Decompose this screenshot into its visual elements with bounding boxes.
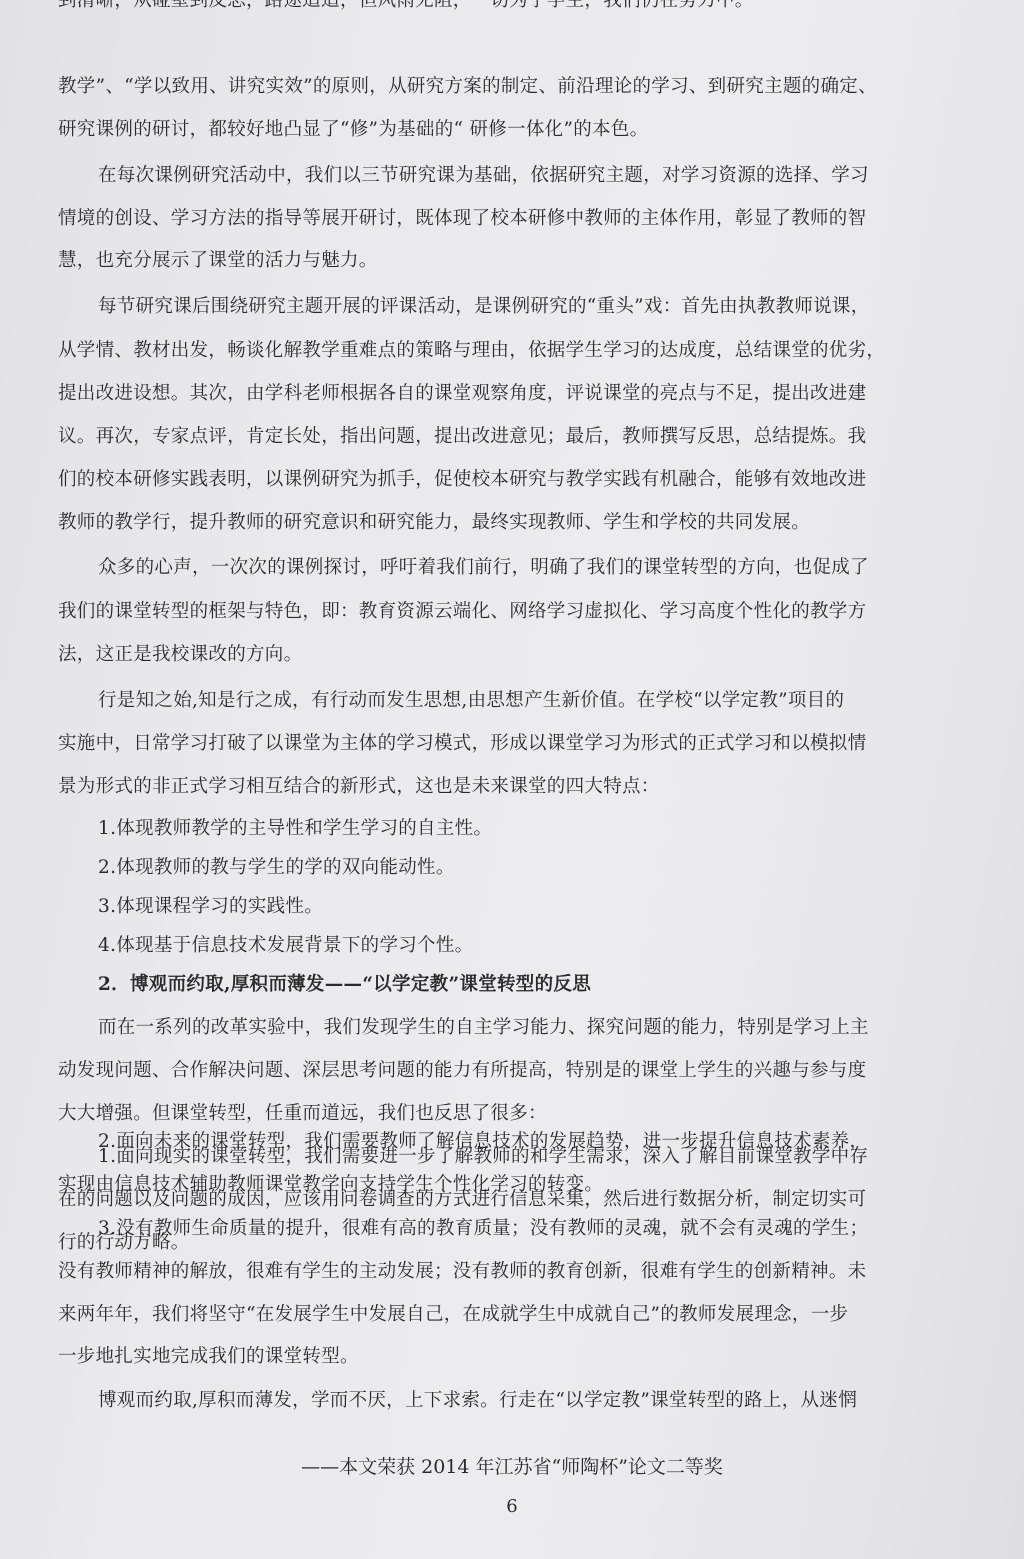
text-line: 没有教师精神的解放，很难有学生的主动发展；没有教师的教育创新，很难有学生的创新精… (58, 1257, 866, 1283)
document-page: 教学”、“学以致用、讲究实效”的原则，从研究方案的制定、前沿理论的学习、到研究主… (0, 0, 1024, 1559)
text-line: 2.体现教师的教与学生的学的双向能动性。 (58, 853, 455, 879)
text-line: 研究课例的研讨，都较好地凸显了“修”为基础的“ 研修一体化”的本色。 (58, 115, 648, 141)
text-line: 大大增强。但课堂转型，任重而道远，我们也反思了很多： (58, 1099, 547, 1125)
text-line: 2.面向未来的课堂转型，我们需要教师了解信息技术的发展趋势，进一步提升信息技术素… (58, 1127, 868, 1153)
text-line: 实现由信息技术辅助教师课堂教学向支持学生个性化学习的转变。 (58, 1170, 603, 1196)
text-line: 慧，也充分展示了课堂的活力与魅力。 (58, 246, 378, 272)
text-line: 而在一系列的改革实验中，我们发现学生的自主学习能力、探究问题的能力，特别是学习上… (58, 1013, 869, 1039)
section-heading: 2．博观而约取,厚积而薄发——“以学定教”课堂转型的反思 (58, 970, 591, 996)
page-number: 6 (0, 1496, 1024, 1517)
text-line: 教学”、“学以致用、讲究实效”的原则，从研究方案的制定、前沿理论的学习、到研究主… (58, 72, 877, 98)
text-line: 实施中，日常学习打破了以课堂为主体的学习模式，形成以课堂学习为形式的正式学习和以… (58, 729, 866, 755)
text-line: 4.体现基于信息技术发展背景下的学习个性。 (58, 931, 473, 957)
text-line: 景为形式的非正式学习相互结合的新形式，这也是未来课堂的四大特点： (58, 772, 660, 798)
text-line: 在每次课例研究活动中，我们以三节研究课为基础，依据研究主题，对学习资源的选择、学… (58, 161, 869, 187)
text-line: 1.体现教师教学的主导性和学生学习的自主性。 (58, 814, 492, 840)
text-line: 法，这正是我校课改的方向。 (58, 640, 302, 666)
text-line: 动发现问题、合作解决问题、深层思考问题的能力有所提高，特别是的课堂上学生的兴趣与… (58, 1056, 866, 1082)
text-line: 们的校本研修实践表明，以课例研究为抓手，促使校本研究与教学实践有机融合，能够有效… (58, 465, 866, 491)
text-line: 提出改进设想。其次，由学科老师根据各自的课堂观察角度，评说课堂的亮点与不足，提出… (58, 379, 866, 405)
text-line: 一步地扎实地完成我们的课堂转型。 (58, 1342, 359, 1368)
text-line: 到清晰，从碰壁到反思，路途迢迢，但风雨无阻，一切为了学生，我们仍在努力中。 (58, 0, 754, 12)
text-line: 我们的课堂转型的框架与特色，即：教育资源云端化、网络学习虚拟化、学习高度个性化的… (58, 597, 866, 623)
text-line: 议。再次，专家点评，肯定长处，指出问题，提出改进意见；最后，教师撰写反思，总结提… (58, 422, 866, 448)
text-line: 博观而约取,厚积而薄发，学而不厌，上下求索。行走在“以学定教”课堂转型的路上，从… (58, 1386, 857, 1412)
text-line: 来两年年，我们将坚守“在发展学生中发展自己，在成就学生中成就自己”的教师发展理念… (58, 1300, 848, 1326)
text-line: 教师的教学行，提升教师的研究意识和研究能力，最终实现教师、学生和学校的共同发展。 (58, 508, 810, 534)
award-note: ——本文荣获 2014 年江苏省“师陶杯”论文二等奖 (0, 1452, 1024, 1479)
text-line: 行是知之始,知是行之成，有行动而发生思想,由思想产生新价值。在学校“以学定教”项… (58, 686, 844, 712)
text-line: 从学情、教材出发，畅谈化解教学重难点的策略与理由，依据学生学习的达成度，总结课堂… (58, 336, 885, 362)
text-line: 情境的创设、学习方法的指导等展开研讨，既体现了校本研修中教师的主体作用，彰显了教… (58, 204, 866, 230)
text-line: 3.没有教师生命质量的提升，很难有高的教育质量；没有教师的灵魂，就不会有灵魂的学… (58, 1214, 868, 1240)
text-line: 每节研究课后围绕研究主题开展的评课活动，是课例研究的“重头”戏：首先由执教教师说… (58, 292, 870, 318)
text-line: 3.体现课程学习的实践性。 (58, 892, 323, 918)
text-line: 众多的心声，一次次的课例探讨，呼吁着我们前行，明确了我们的课堂转型的方向，也促成… (58, 553, 869, 579)
